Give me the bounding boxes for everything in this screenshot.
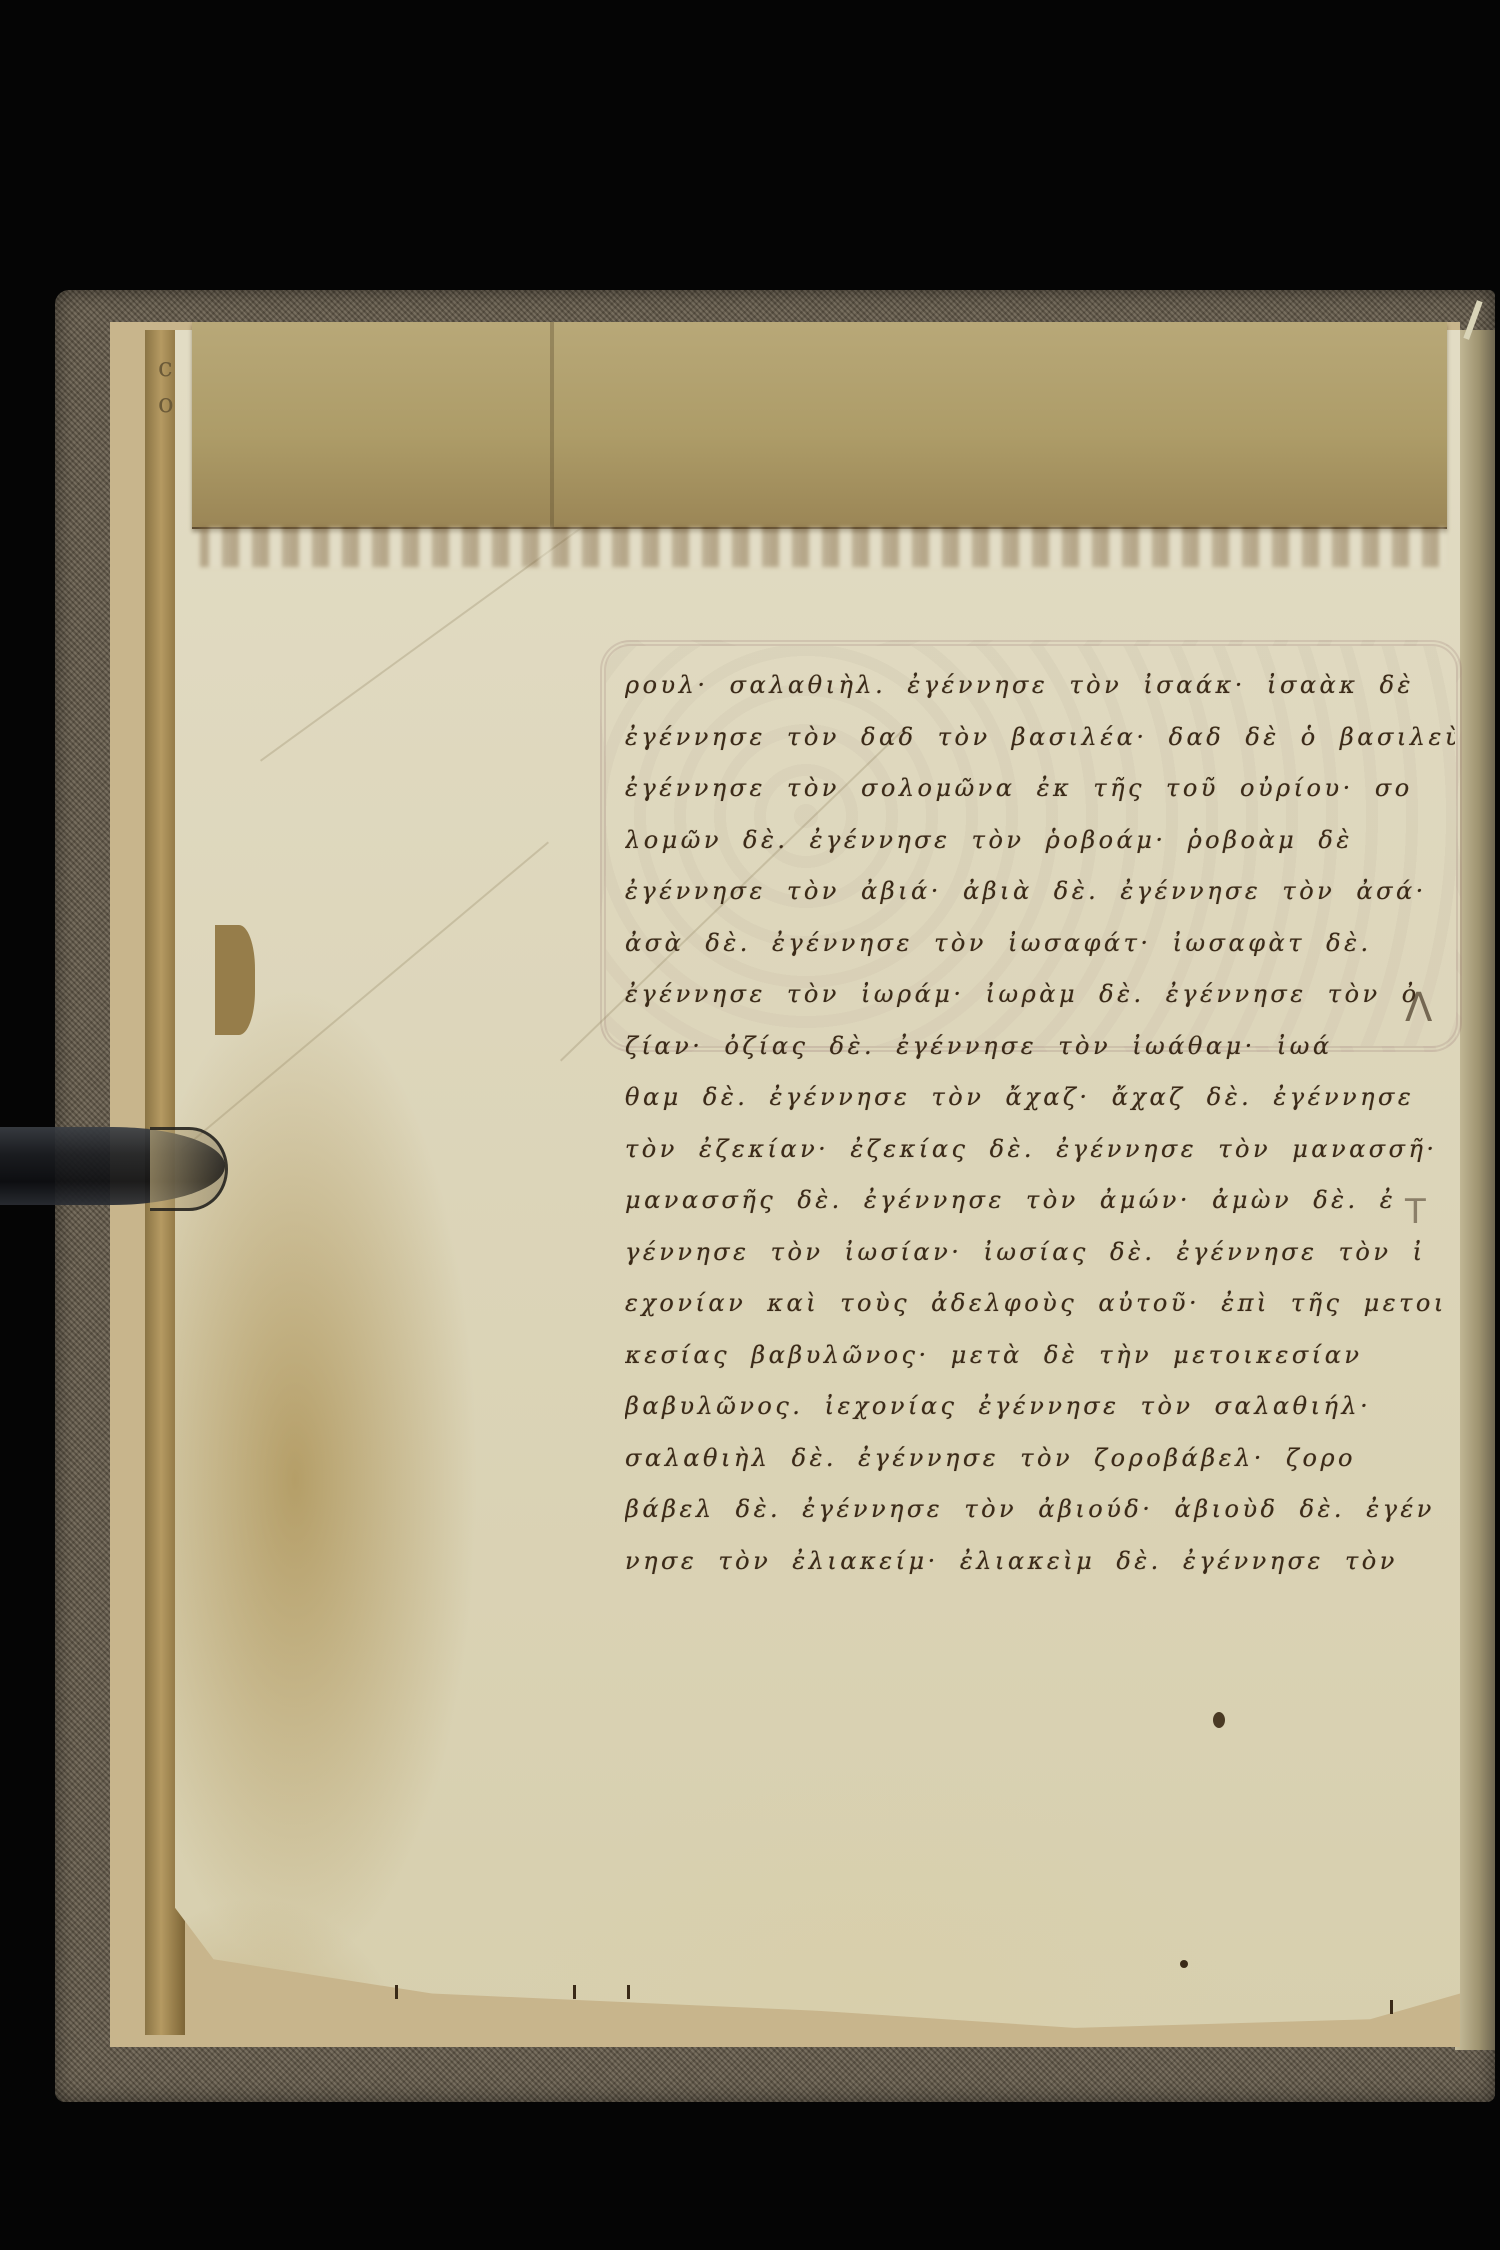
- ink-spot: [1213, 1712, 1225, 1728]
- text-line: ρουλ· σαλαθιὴλ. ἐγέννησε τὸν ἰσαάκ· ἰσαὰ…: [625, 660, 1455, 712]
- text-line: βαβυλῶνος. ἰεχονίας ἐγέννησε τὸν σαλαθιή…: [625, 1381, 1455, 1433]
- torn-edge: [200, 527, 1445, 567]
- text-line: νησε τὸν ἐλιακείμ· ἐλιακεὶμ δὲ. ἐγέννησε…: [625, 1536, 1455, 1588]
- text-line: σαλαθιὴλ δὲ. ἐγέννησε τὸν ζοροβάβελ· ζορ…: [625, 1433, 1455, 1485]
- damaged-margin: [215, 925, 255, 1035]
- strip-fold-line: [550, 322, 554, 527]
- pricking-mark: [395, 1985, 398, 1999]
- text-line: ἐγέννησε τὸν ἰωράμ· ἰωρὰμ δὲ. ἐγέννησε τ…: [625, 969, 1455, 1021]
- text-line: ζίαν· ὀζίας δὲ. ἐγέννησε τὸν ἰωάθαμ· ἰωά: [625, 1021, 1455, 1073]
- folded-top-strip: [192, 322, 1447, 529]
- manuscript-text-block: ρουλ· σαλαθιὴλ. ἐγέννησε τὸν ἰσαάκ· ἰσαὰ…: [625, 660, 1455, 1587]
- text-line: βάβελ δὲ. ἐγέννησε τὸν ἀβιούδ· ἀβιοὺδ δὲ…: [625, 1484, 1455, 1536]
- text-line: ἐγέννησε τὸν δαδ τὸν βασιλέα· δαδ δὲ ὁ β…: [625, 712, 1455, 764]
- margin-mark: Λ: [1405, 985, 1432, 1031]
- text-line: γέννησε τὸν ἰωσίαν· ἰωσίας δὲ. ἐγέννησε …: [625, 1227, 1455, 1279]
- text-line: λομῶν δὲ. ἐγέννησε τὸν ῥοβοάμ· ῥοβοὰμ δὲ: [625, 815, 1455, 867]
- clamp-tip: [150, 1127, 228, 1211]
- text-line: θαμ δὲ. ἐγέννησε τὸν ἄχαζ· ἄχαζ δὲ. ἐγέν…: [625, 1072, 1455, 1124]
- pricking-mark: [627, 1985, 630, 1999]
- text-line: εχονίαν καὶ τοὺς ἀδελφοὺς αὐτοῦ· ἐπὶ τῆς…: [625, 1278, 1455, 1330]
- text-line: μανασσῆς δὲ. ἐγέννησε τὸν ἀμών· ἀμὼν δὲ.…: [625, 1175, 1455, 1227]
- margin-mark: T: [1405, 1192, 1426, 1232]
- text-line: ἐγέννησε τὸν ἀβιά· ἀβιὰ δὲ. ἐγέννησε τὸν…: [625, 866, 1455, 918]
- text-line: τὸν ἐζεκίαν· ἐζεκίας δὲ. ἐγέννησε τὸν μα…: [625, 1124, 1455, 1176]
- text-line: ἐγέννησε τὸν σολομῶνα ἐκ τῆς τοῦ οὐρίου·…: [625, 763, 1455, 815]
- ink-spot: [1180, 1960, 1188, 1968]
- text-line: ἀσὰ δὲ. ἐγέννησε τὸν ἰωσαφάτ· ἰωσαφὰτ δὲ…: [625, 918, 1455, 970]
- folio-number: c o: [158, 350, 188, 470]
- pricking-mark: [573, 1985, 576, 1999]
- pricking-mark: [1390, 2000, 1393, 2014]
- text-line: κεσίας βαβυλῶνος· μετὰ δὲ τὴν μετοικεσία…: [625, 1330, 1455, 1382]
- page-edge-stack: [1455, 330, 1495, 2050]
